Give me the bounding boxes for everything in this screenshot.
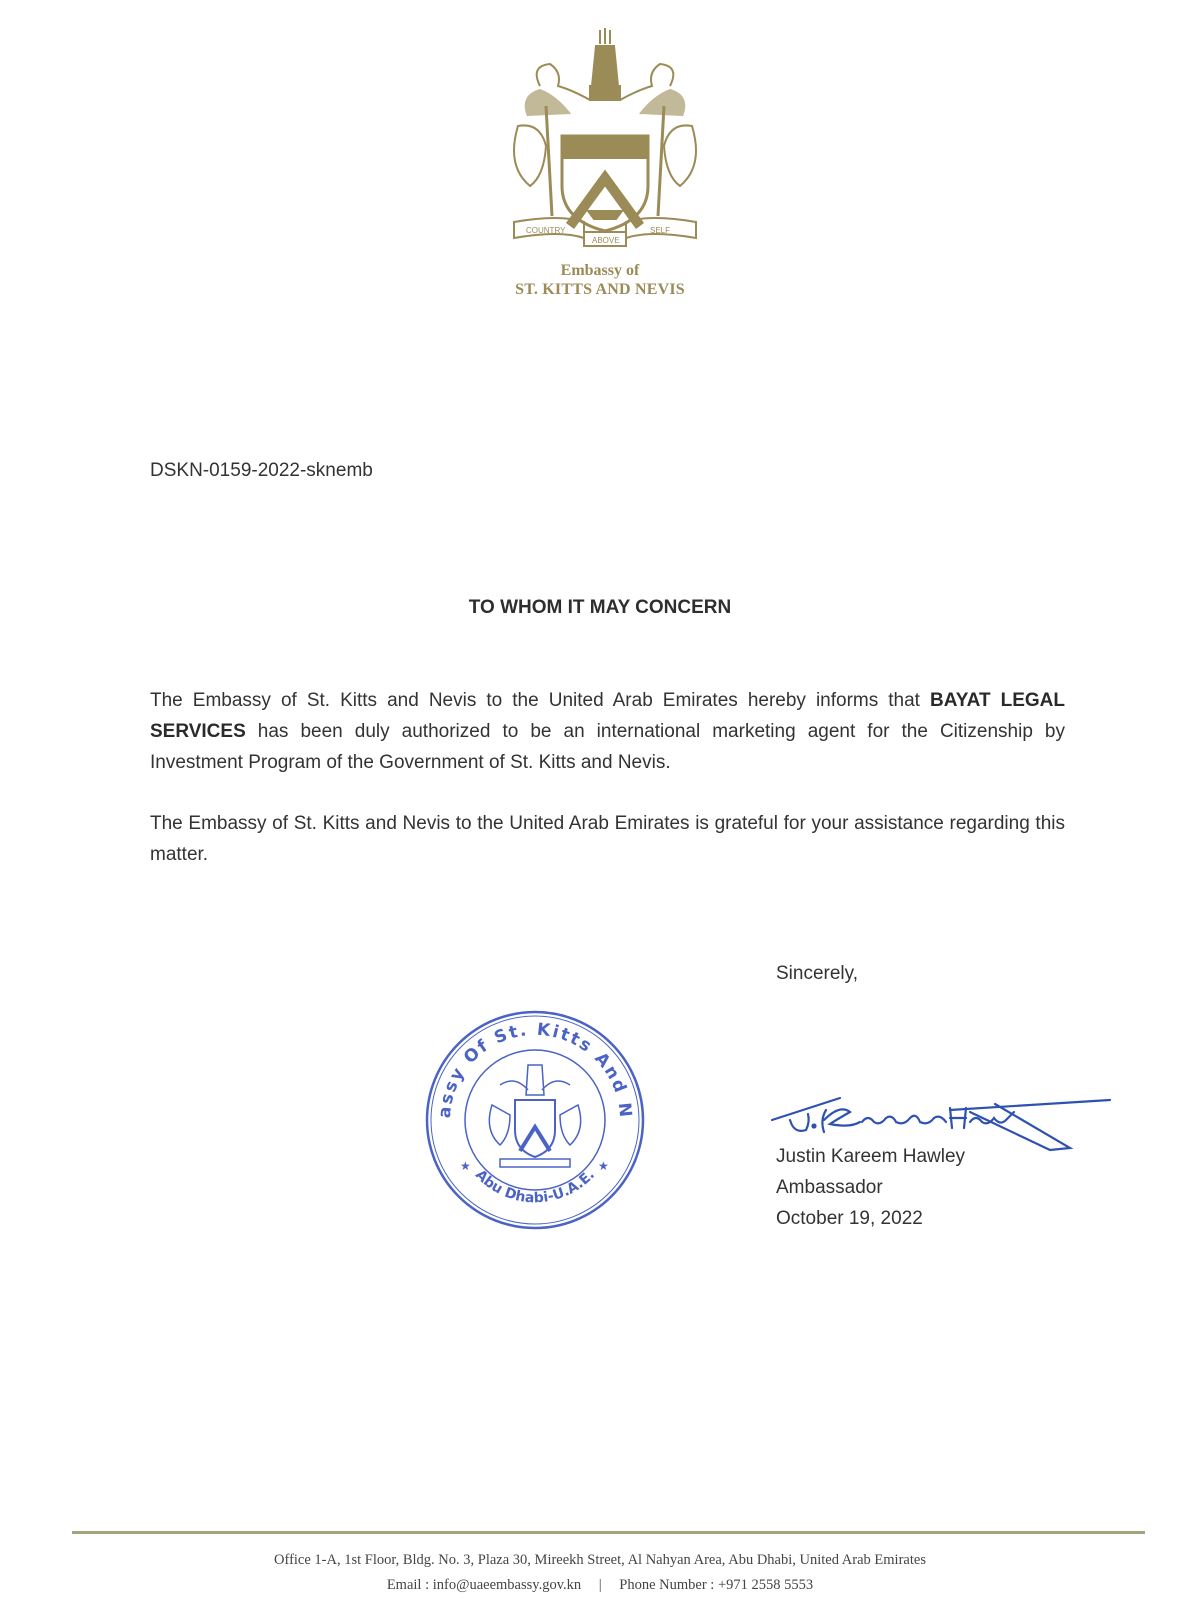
- svg-text:COUNTRY: COUNTRY: [526, 226, 566, 235]
- svg-text:★: ★: [598, 1159, 609, 1173]
- footer-contact: Email : info@uaeembassy.gov.kn | Phone N…: [0, 1577, 1200, 1594]
- body-paragraph-2: The Embassy of St. Kitts and Nevis to th…: [150, 808, 1065, 870]
- coat-of-arms-icon: COUNTRY ABOVE SELF: [500, 26, 710, 254]
- footer-address: Office 1-A, 1st Floor, Bldg. No. 3, Plaz…: [0, 1552, 1200, 1569]
- footer-divider: [72, 1531, 1145, 1534]
- svg-text:Abu Dhabi-U.A.E.: Abu Dhabi-U.A.E.: [472, 1167, 598, 1207]
- p1-text-start: The Embassy of St. Kitts and Nevis to th…: [150, 690, 930, 711]
- svg-text:SELF: SELF: [650, 226, 670, 235]
- svg-text:★: ★: [460, 1159, 471, 1173]
- email-link[interactable]: info@uaeembassy.gov.kn: [433, 1577, 581, 1593]
- svg-text:ABOVE: ABOVE: [592, 236, 620, 245]
- letterhead-line-2: ST. KITTS AND NEVIS: [0, 281, 1200, 299]
- signatory-name: Justin Kareem Hawley: [776, 1146, 965, 1168]
- email-label: Email :: [387, 1577, 429, 1593]
- letter-date: October 19, 2022: [776, 1208, 923, 1230]
- embassy-stamp-icon: Embassy Of St. Kitts And Nevis Abu Dhabi…: [420, 1005, 650, 1235]
- letterhead-line-1: Embassy of: [0, 262, 1200, 280]
- reference-number: DSKN-0159-2022-sknemb: [150, 460, 373, 482]
- phone-number[interactable]: +971 2558 5553: [718, 1577, 813, 1593]
- signatory-title: Ambassador: [776, 1177, 883, 1199]
- p1-text-end: has been duly authorized to be an intern…: [150, 721, 1065, 773]
- closing: Sincerely,: [776, 963, 858, 985]
- letter-heading: TO WHOM IT MAY CONCERN: [0, 597, 1200, 619]
- body-paragraph-1: The Embassy of St. Kitts and Nevis to th…: [150, 685, 1065, 778]
- phone-label: Phone Number :: [619, 1577, 714, 1593]
- footer-separator: |: [599, 1577, 602, 1594]
